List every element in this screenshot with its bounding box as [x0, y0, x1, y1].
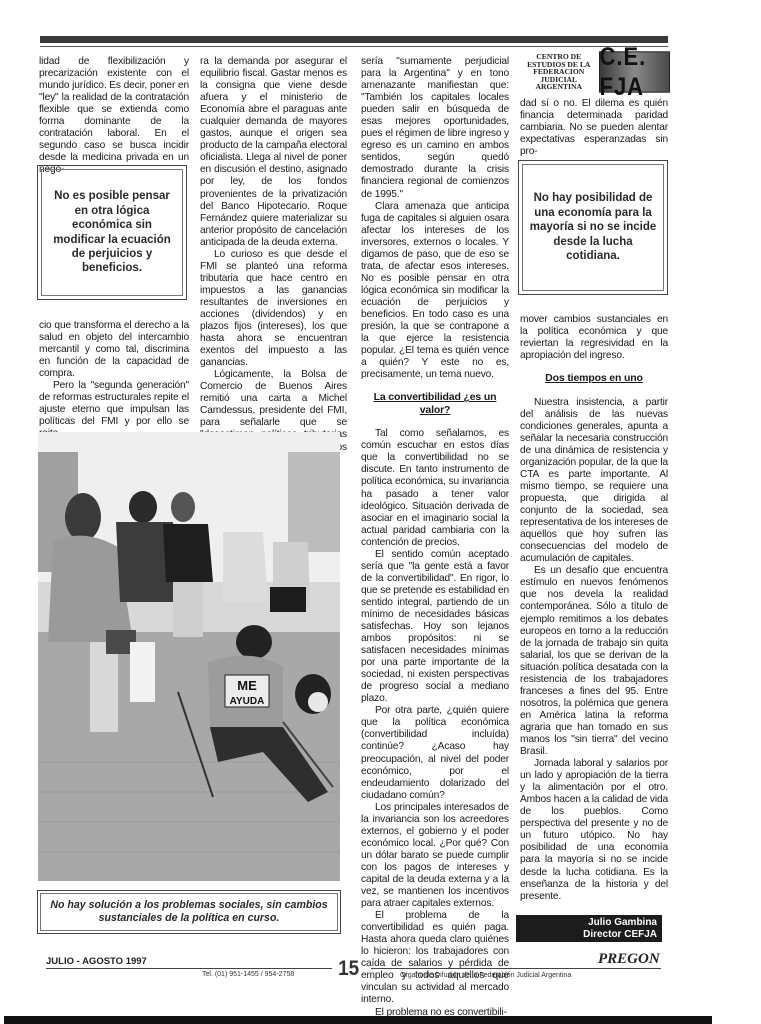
street-photo: ME AYUDA — [38, 432, 340, 881]
footer-telephone: Tel. (01) 951-1455 / 954-2758 — [202, 971, 294, 978]
publication-logo: PREGON — [598, 951, 660, 968]
paragraph: sería "sumamente perjudicial para la Arg… — [361, 56, 509, 201]
paragraph: mover cambios sustanciales en la polític… — [520, 314, 668, 362]
photo-sign-line1: ME — [237, 678, 257, 693]
footer-rule-right — [371, 968, 661, 969]
paragraph: Clara amenaza que anticipa fuga de capit… — [361, 201, 509, 382]
section-heading-dos-tiempos: Dos tiempos en uno — [520, 372, 668, 385]
photo-sign-line2: AYUDA — [230, 696, 265, 707]
paragraph: Por otra parte, ¿quién quiere que la pol… — [361, 705, 509, 801]
photo-illustration: ME AYUDA — [38, 432, 340, 881]
paragraph: Jornada laboral y salarios por un lado y… — [520, 758, 668, 903]
paragraph: lidad de flexibilización y precarización… — [39, 56, 189, 176]
column-2: ra la demanda por asegurar el equilibrio… — [200, 56, 347, 466]
page-bottom-bar — [4, 1016, 712, 1024]
column-4-top: dad sí o no. El dilema es quién financia… — [520, 98, 668, 158]
column-3: sería "sumamente perjudicial para la Arg… — [361, 56, 509, 1019]
logo-org-name: CENTRO DE ESTUDIOS DE LA FEDERACION JUDI… — [525, 53, 593, 90]
pull-quote-2: No hay posibilidad de una economía para … — [518, 160, 668, 295]
cefja-logo: CENTRO DE ESTUDIOS DE LA FEDERACION JUDI… — [525, 52, 670, 92]
paragraph: Es un desafío que encuentra estímulo en … — [520, 565, 668, 758]
paragraph: Nuestra insistencia, a partir del anális… — [520, 397, 668, 566]
paragraph: Lo curioso es que desde el FMI se plante… — [200, 249, 347, 369]
paragraph: El problema de la convertibilidad es qui… — [361, 910, 509, 1006]
page-number: 15 — [338, 957, 359, 981]
section-heading-convertibilidad: La convertibilidad ¿es un valor? — [361, 391, 509, 416]
column-4-bottom: mover cambios sustanciales en la polític… — [520, 314, 668, 903]
column-1-bottom: cio que transforma el derecho a la salud… — [39, 320, 189, 440]
paragraph: El sentido común aceptado sería que "la … — [361, 549, 509, 706]
footer-rule-left — [46, 968, 332, 969]
paragraph: dad sí o no. El dilema es quién financia… — [520, 98, 668, 158]
paragraph: cio que transforma el derecho a la salud… — [39, 320, 189, 380]
paragraph: Los principales interesados de la invari… — [361, 802, 509, 910]
issue-date: JULIO - AGOSTO 1997 — [46, 956, 147, 967]
pull-quote-text: No es posible pensar en otra lógica econ… — [41, 169, 183, 296]
author-name: Julio Gambina — [516, 917, 657, 929]
footer-organization: Organo de Difusión de la Federación Judi… — [400, 972, 571, 979]
author-signature: Julio Gambina Director CEFJA — [516, 915, 662, 942]
pull-quote-text: No hay posibilidad de una economía para … — [522, 164, 664, 291]
paragraph: Tal como señalamos, es común escuchar en… — [361, 428, 509, 548]
author-title: Director CEFJA — [516, 929, 657, 941]
column-1-top: lidad de flexibilización y precarización… — [39, 56, 189, 176]
header-rule-thin — [40, 46, 668, 47]
photo-caption-box: No hay solución a los problemas sociales… — [37, 890, 341, 934]
pull-quote-1: No es posible pensar en otra lógica econ… — [37, 165, 187, 300]
paragraph: ra la demanda por asegurar el equilibrio… — [200, 56, 347, 249]
logo-mark: C.E. FJA — [599, 51, 671, 92]
photo-caption: No hay solución a los problemas sociales… — [40, 893, 338, 931]
header-rule-thick — [40, 36, 668, 43]
